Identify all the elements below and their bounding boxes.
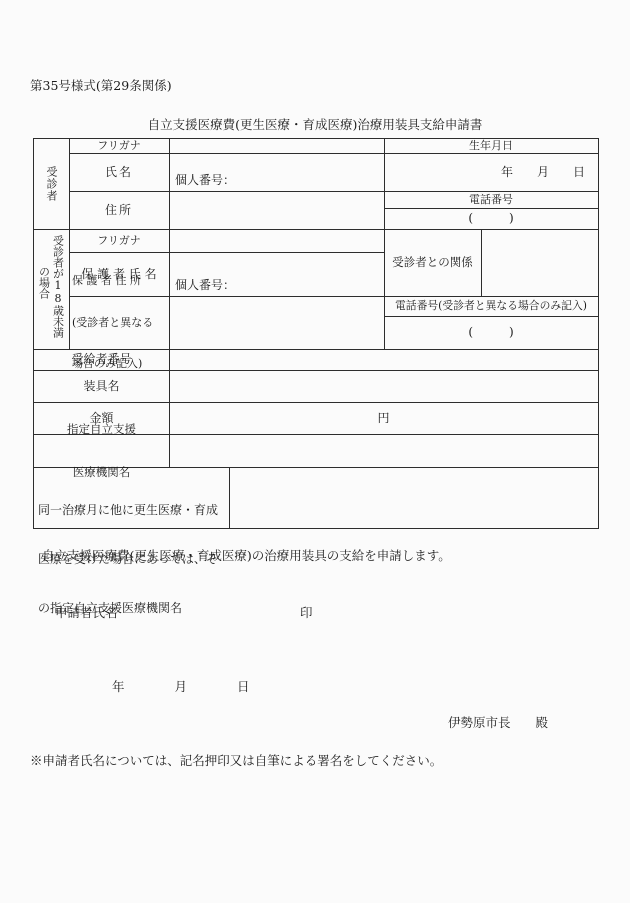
signature-note: ※申請者氏名については、記名押印又は自筆による署名をしてください。 [30,753,442,769]
guardian-relation-field [481,229,598,296]
patient-address-field [169,191,384,229]
guardian-group-label-col2: の場合 [37,262,51,302]
patient-furigana-field [169,139,384,153]
patient-group-label: 受診者 [34,139,69,229]
application-form-page: 第35号様式(第29条関係) 自立支援医療費(更生医療・育成医療)治療用装具支給… [0,0,630,903]
other-institution-label: 同一治療月に他に更生医療・育成 医療を受けた場合にあっては、そ の指定自立支援医… [34,467,229,528]
mayor-line: 伊勢原市長 殿 [448,715,548,731]
institution-label: 指定自立支援 医療機関名 [34,434,169,467]
guardian-phone-label: 電話番号(受診者と異なる場合のみ記入) [384,296,598,316]
guardian-furigana-field [169,229,384,252]
patient-birthdate-label: 生年月日 [384,139,598,153]
recipient-number-field [169,349,598,370]
patient-furigana-label: フリガナ [69,139,169,153]
patient-phone-field: ( ) [384,208,598,229]
date-line: 年 月 日 [112,679,250,695]
applicant-name-label: 申請者氏名 [55,605,118,621]
apply-sentence: 自立支援医療費(更生医療・育成医療)の治療用装具の支給を申請します。 [42,548,451,564]
patient-birthdate-field: 年 月 日 [384,153,598,191]
guardian-personal-number-label: 個人番号： [169,252,384,296]
patient-address-label: 住所 [69,191,169,229]
guardian-group-label-col1: 受診者が18歳未満 [50,235,66,337]
guardian-address-label: 保 護 者 住 所 (受診者と異なる 場合のみ記入) [69,296,169,349]
patient-personal-number-label: 個人番号： [169,153,384,191]
guardian-relation-label: 受診者との関係 [384,229,481,296]
guardian-phone-field: ( ) [384,316,598,349]
patient-phone-label: 電話番号 [384,191,598,208]
amount-unit: 円 [169,402,598,434]
form-number: 第35号様式(第29条関係) [30,78,172,94]
appliance-name-field [169,370,598,402]
institution-field [169,434,598,467]
other-institution-field [229,467,598,528]
application-table: 受診者 フリガナ 氏名 個人番号： 住所 生年月日 年 月 日 電話番号 ( )… [33,138,599,529]
guardian-address-field [169,296,384,349]
patient-name-label: 氏名 [69,153,169,191]
seal-label: 印 [300,605,313,621]
recipient-number-label: 受給者番号 [34,349,169,370]
page-title: 自立支援医療費(更生医療・育成医療)治療用装具支給申請書 [33,117,597,133]
